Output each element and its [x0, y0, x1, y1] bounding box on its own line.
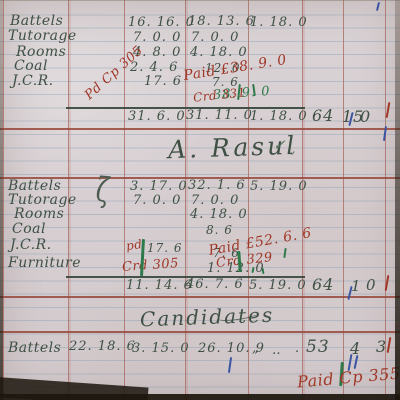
photo-edge-top: [0, 0, 400, 1]
amount-cell: 3. 17. 0: [130, 179, 188, 194]
row-label-coal: Coal: [12, 221, 46, 237]
section-divider-line: [0, 128, 400, 130]
amount-cell: 17. 6: [144, 74, 182, 89]
row-label-jcr: J.C.R.: [10, 237, 52, 253]
amount-cell: 7. 0. 0: [133, 193, 181, 208]
row-label-coal: Coal: [14, 58, 48, 74]
amount-cell: 17. 6: [147, 241, 183, 255]
total-pence: 0: [366, 276, 377, 294]
amount-cell: 7. 0. 0: [191, 30, 239, 45]
section-divider-line: [0, 331, 400, 333]
amount-cell: 32. 1. 6: [188, 178, 246, 193]
column-line: [302, 0, 303, 400]
amount-cell: 3. 15. 0: [132, 341, 190, 356]
ditto-mark: .: [295, 341, 300, 356]
total-pounds: 64: [312, 275, 334, 294]
section-divider-line: [0, 296, 400, 298]
amount-cell: 16. 16. 0: [128, 15, 195, 30]
checkmark: ✓: [273, 136, 286, 154]
amount-cell: 22. 18. 6: [69, 339, 136, 354]
amount-cell: 5. 19. 0: [250, 179, 308, 194]
ink-dot: ,: [291, 141, 296, 157]
total-pence: 0: [360, 107, 371, 126]
row-label-tutorage: Tutorage: [8, 28, 77, 44]
column-line: [185, 0, 186, 400]
amount-cell: 4. 18. 0: [190, 207, 248, 222]
ditto-mark: ‥: [272, 343, 281, 358]
row-label-battels: Battels: [10, 13, 63, 29]
total-pounds: 53: [306, 337, 330, 357]
candidates-heading: Candidates: [140, 303, 275, 332]
ledger-page: Battels Tutorage Rooms Coal J.C.R. 16. 1…: [0, 0, 400, 400]
amount-cell: 18. 13. 6: [188, 14, 255, 29]
row-label-jcr: J.C.R.: [12, 73, 54, 89]
row-label-furniture: Furniture: [8, 255, 81, 271]
row-label-rooms: Rooms: [14, 206, 64, 222]
amount-cell: 8. 6: [206, 223, 233, 237]
total-cell: 46. 7. 6: [186, 277, 244, 292]
row-label-battels: Battels: [8, 340, 61, 356]
total-pence: 3: [376, 337, 387, 356]
total-pounds: 64: [312, 106, 334, 125]
total-cell: 31. 6. 0: [128, 109, 186, 124]
total-cell: 11. 14. 6: [126, 278, 193, 293]
total-cell: 5. 19. 0: [249, 278, 307, 293]
total-cell: 31. 11. 0: [186, 108, 253, 123]
column-line: [343, 0, 344, 400]
amount-cell: 1. 18. 0: [250, 15, 308, 30]
brace-squiggle: ζ: [95, 170, 110, 210]
amount-cell: 4. 18. 0: [190, 45, 248, 60]
amount-cell: 7. 0. 0: [133, 30, 181, 45]
ditto-mark: „: [252, 341, 259, 356]
column-line: [3, 0, 4, 400]
amount-cell: 7. 0. 0: [191, 193, 239, 208]
total-cell: 1. 18. 0: [250, 109, 308, 124]
